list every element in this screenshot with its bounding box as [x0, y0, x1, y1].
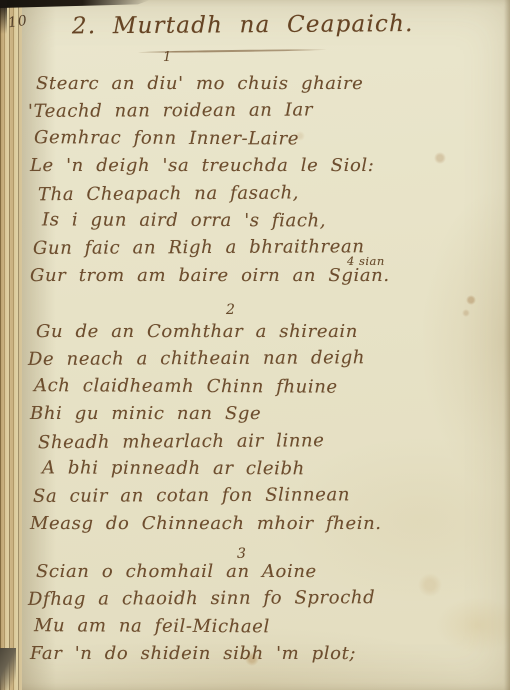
- verse-line: Measg do Chinneach mhoir fhein.: [30, 510, 382, 537]
- verse-line: De neach a chitheain nan deigh: [28, 344, 382, 373]
- verse-line: 'Teachd nan roidean an Iar: [28, 96, 390, 125]
- superscript-annotation-3: 3: [237, 546, 246, 562]
- verse-line: Mu am na feil-Michael: [34, 612, 375, 641]
- verse-line: Le 'n deigh 'sa treuchda le Siol:: [30, 152, 390, 179]
- page-number: 10: [7, 13, 29, 32]
- verse-line: Gur trom am baire oirn an Sgian.: [30, 262, 390, 289]
- verse-line: Is i gun aird orra 's fiach,: [42, 206, 390, 235]
- stanza-3: Scian o chomhail an Aoine Dfhag a chaoid…: [36, 558, 375, 668]
- stanza-1: Stearc an diu' mo chuis ghaire 'Teachd n…: [36, 70, 390, 289]
- superscript-annotation-2: 2: [226, 302, 235, 318]
- verse-line: Bhi gu minic nan Sge: [30, 400, 382, 427]
- superscript-annotation-4-sian: 4 sian: [347, 254, 385, 268]
- verse-line: Gu de an Comhthar a shireain: [36, 318, 382, 345]
- verse-line: Sheadh mhearlach air linne: [38, 426, 382, 456]
- dark-top-left-corner: [0, 0, 7, 34]
- manuscript-page: 10 2. Murtadh na Ceapaich. Stearc an diu…: [0, 0, 510, 690]
- verse-line: A bhi pinneadh ar cleibh: [42, 454, 382, 483]
- verse-line: Gemhrac fonn Inner-Laire: [34, 124, 390, 153]
- verse-line: Far 'n do shidein sibh 'm plot;: [30, 640, 375, 667]
- dark-top-edge: [0, 0, 150, 8]
- verse-line: Stearc an diu' mo chuis ghaire: [36, 70, 390, 97]
- verse-line: Sa cuir an cotan fon Slinnean: [33, 481, 382, 510]
- verse-line: Dfhag a chaoidh sinn fo Sprochd: [28, 584, 375, 613]
- dark-bottom-left-corner: [0, 648, 16, 690]
- verse-line: Ach claidheamh Chinn fhuine: [34, 372, 382, 401]
- book-binding-edge: [0, 0, 22, 690]
- verse-line: Scian o chomhail an Aoine: [36, 558, 375, 585]
- verse-line: Gun faic an Righ a bhraithrean: [33, 233, 390, 262]
- verse-line: Tha Cheapach na fasach,: [38, 178, 390, 208]
- poem-title: 2. Murtadh na Ceapaich.: [72, 11, 472, 40]
- stanza-2: Gu de an Comhthar a shireain De neach a …: [36, 318, 382, 537]
- page-right-edge: [504, 0, 510, 690]
- superscript-annotation-1: 1: [163, 50, 171, 65]
